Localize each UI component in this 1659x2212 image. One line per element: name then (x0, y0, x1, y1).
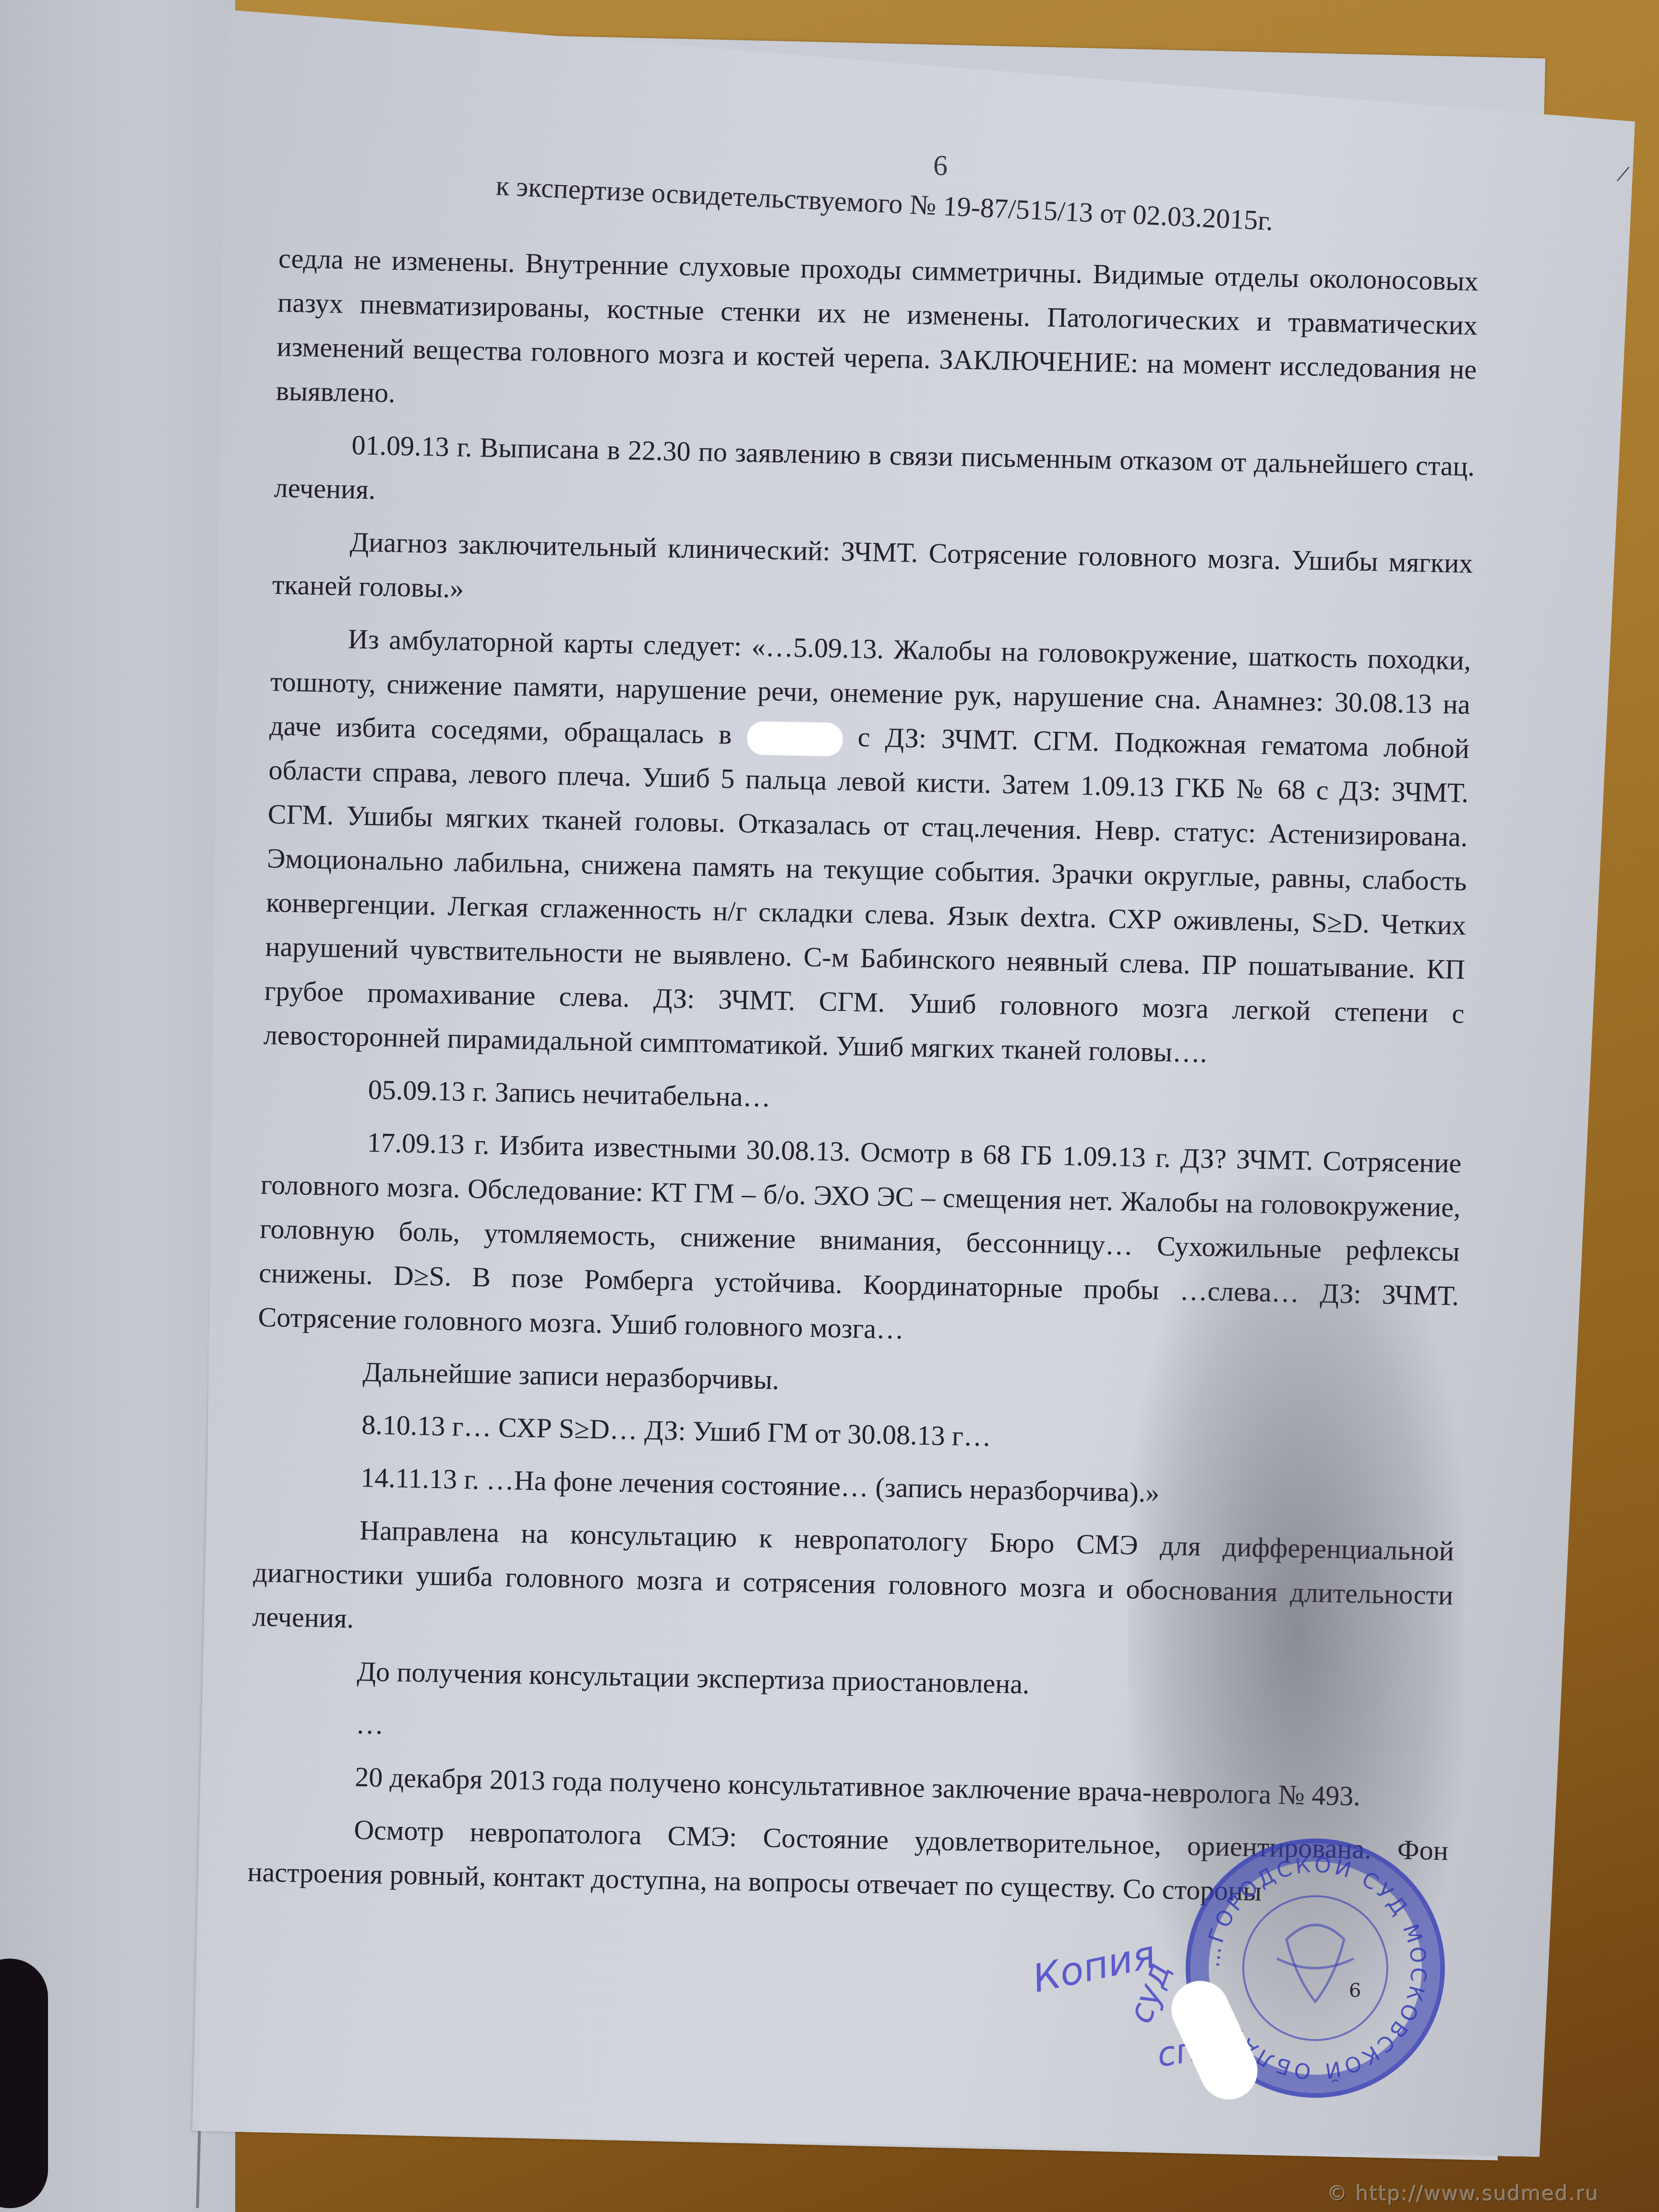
stamp-inner-mark: 6 (1349, 1980, 1361, 2002)
emblem-icon (1277, 1925, 1354, 2002)
page-number: 6 (933, 143, 948, 188)
outpatient-text-after: с ДЗ: ЗЧМТ. СГМ. Подкожная гематома лобн… (263, 721, 1469, 1069)
page-header: к экспертизе освидетельствуемого № 19-87… (495, 164, 1274, 243)
paragraph-ct-findings: седла не изменены. Внутренние слуховые п… (276, 236, 1479, 436)
redaction-mark (746, 721, 843, 757)
page-content: 6 / к экспертизе освидетельствуемого № 1… (264, 11, 1474, 34)
dark-object-edge (0, 1959, 48, 2208)
paragraph-outpatient-card: Из амбулаторной карты следует: «…5.09.13… (263, 615, 1471, 1080)
document-page: 6 / к экспертизе освидетельствуемого № 1… (185, 10, 1636, 2158)
pen-mark: / (1612, 152, 1635, 195)
paragraph-record-1709: 17.09.13 г. Избита известными 30.08.13. … (258, 1118, 1462, 1362)
paragraph-discharge: 01.09.13 г. Выписана в 22.30 по заявлени… (274, 421, 1475, 533)
site-watermark: © http://www.sudmed.ru (1327, 2182, 1599, 2205)
paragraph-referral: Направлена на консультацию к невропатоло… (252, 1506, 1455, 1662)
paragraph-final-diagnosis: Диагноз заключительный клинический: ЗЧМТ… (272, 518, 1473, 630)
document-body: седла не изменены. Внутренние слуховые п… (247, 236, 1479, 1925)
